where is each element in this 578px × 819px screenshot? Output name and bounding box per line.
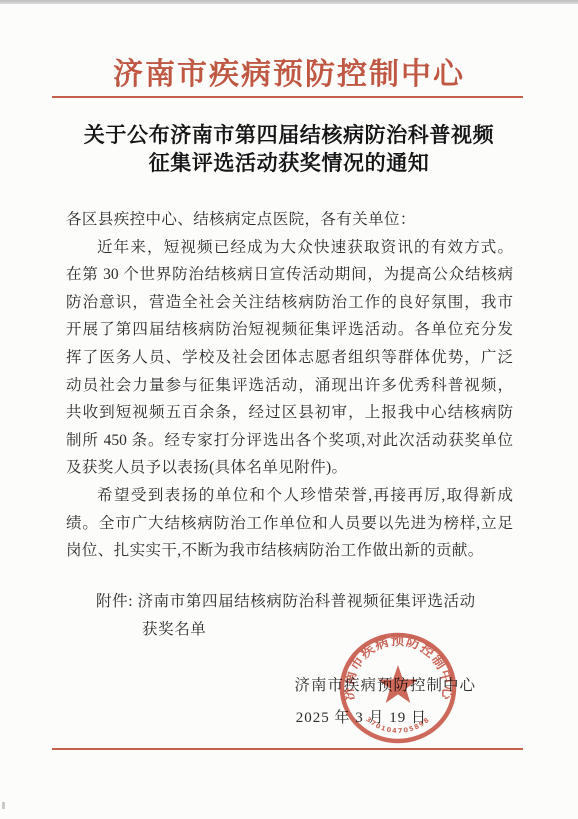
document-title-line-2: 征集评选活动获奖情况的通知 [0,150,578,178]
scanned-document-page: 济南市疾病预防控制中心 关于公布济南市第四届结核病防治科普视频 征集评选活动获奖… [0,0,578,819]
body-line: 在第 30 个世界防治结核病日宣传活动期间，为提高公众结核病 [66,261,513,289]
seal-star-icon [378,665,418,703]
body-line: 近年来，短视频已经成为大众快速获取资讯的有效方式。 [66,234,513,262]
body-line-greeting: 各区县疾控中心、结核病定点医院，各有关单位： [66,206,513,234]
body-line: 防治意识，营造全社会关注结核病防治工作的良好氛围，我市 [66,289,513,317]
body-line: 挥了医务人员、学校及社会团体志愿者组织等群体优势，广泛 [66,344,513,372]
seal-serial-number: 370104705898 [364,715,431,735]
body-line: 及获奖人员予以表扬(具体名单见附件)。 [66,454,513,482]
body-line: 动员社会力量参与征集评选活动，涌现出许多优秀科普视频， [66,372,513,400]
document-title-line-1: 关于公布济南市第四届结核病防治科普视频 [0,122,578,150]
body-line: 岗位、扎实实干,不断为我市结核病防治工作做出新的贡献。 [66,537,513,565]
body-line: 希望受到表扬的单位和个人珍惜荣誉,再接再厉,取得新成 [66,482,513,510]
attachment-line-1: 附件: 济南市第四届结核病防治科普视频征集评选活动 [96,588,476,616]
letterhead-divider-line [52,96,523,98]
footer-divider-line [52,748,523,750]
letterhead-organization: 济南市疾病预防控制中心 [0,53,578,97]
scan-artifact-speck [2,802,5,809]
body-line: 绩。全市广大结核病防治工作单位和人员要以先进为榜样,立足 [66,510,513,538]
seal-serial-container: 370104705898 [364,715,431,735]
document-title: 关于公布济南市第四届结核病防治科普视频 征集评选活动获奖情况的通知 [0,122,578,177]
scan-top-edge [0,0,578,4]
official-seal: 济南市疾病预防控制中心 370104705898 [336,630,460,746]
body-line: 开展了第四届结核病防治短视频征集评选活动。各单位充分发 [66,316,513,344]
body-line: 共收到短视频五百余条，经过区县初审，上报我中心结核病防 [66,399,513,427]
document-body: 各区县疾控中心、结核病定点医院，各有关单位： 近年来，短视频已经成为大众快速获取… [66,206,513,565]
body-line: 制所 450 条。经专家打分评选出各个奖项,对此次活动获奖单位 [66,427,513,455]
